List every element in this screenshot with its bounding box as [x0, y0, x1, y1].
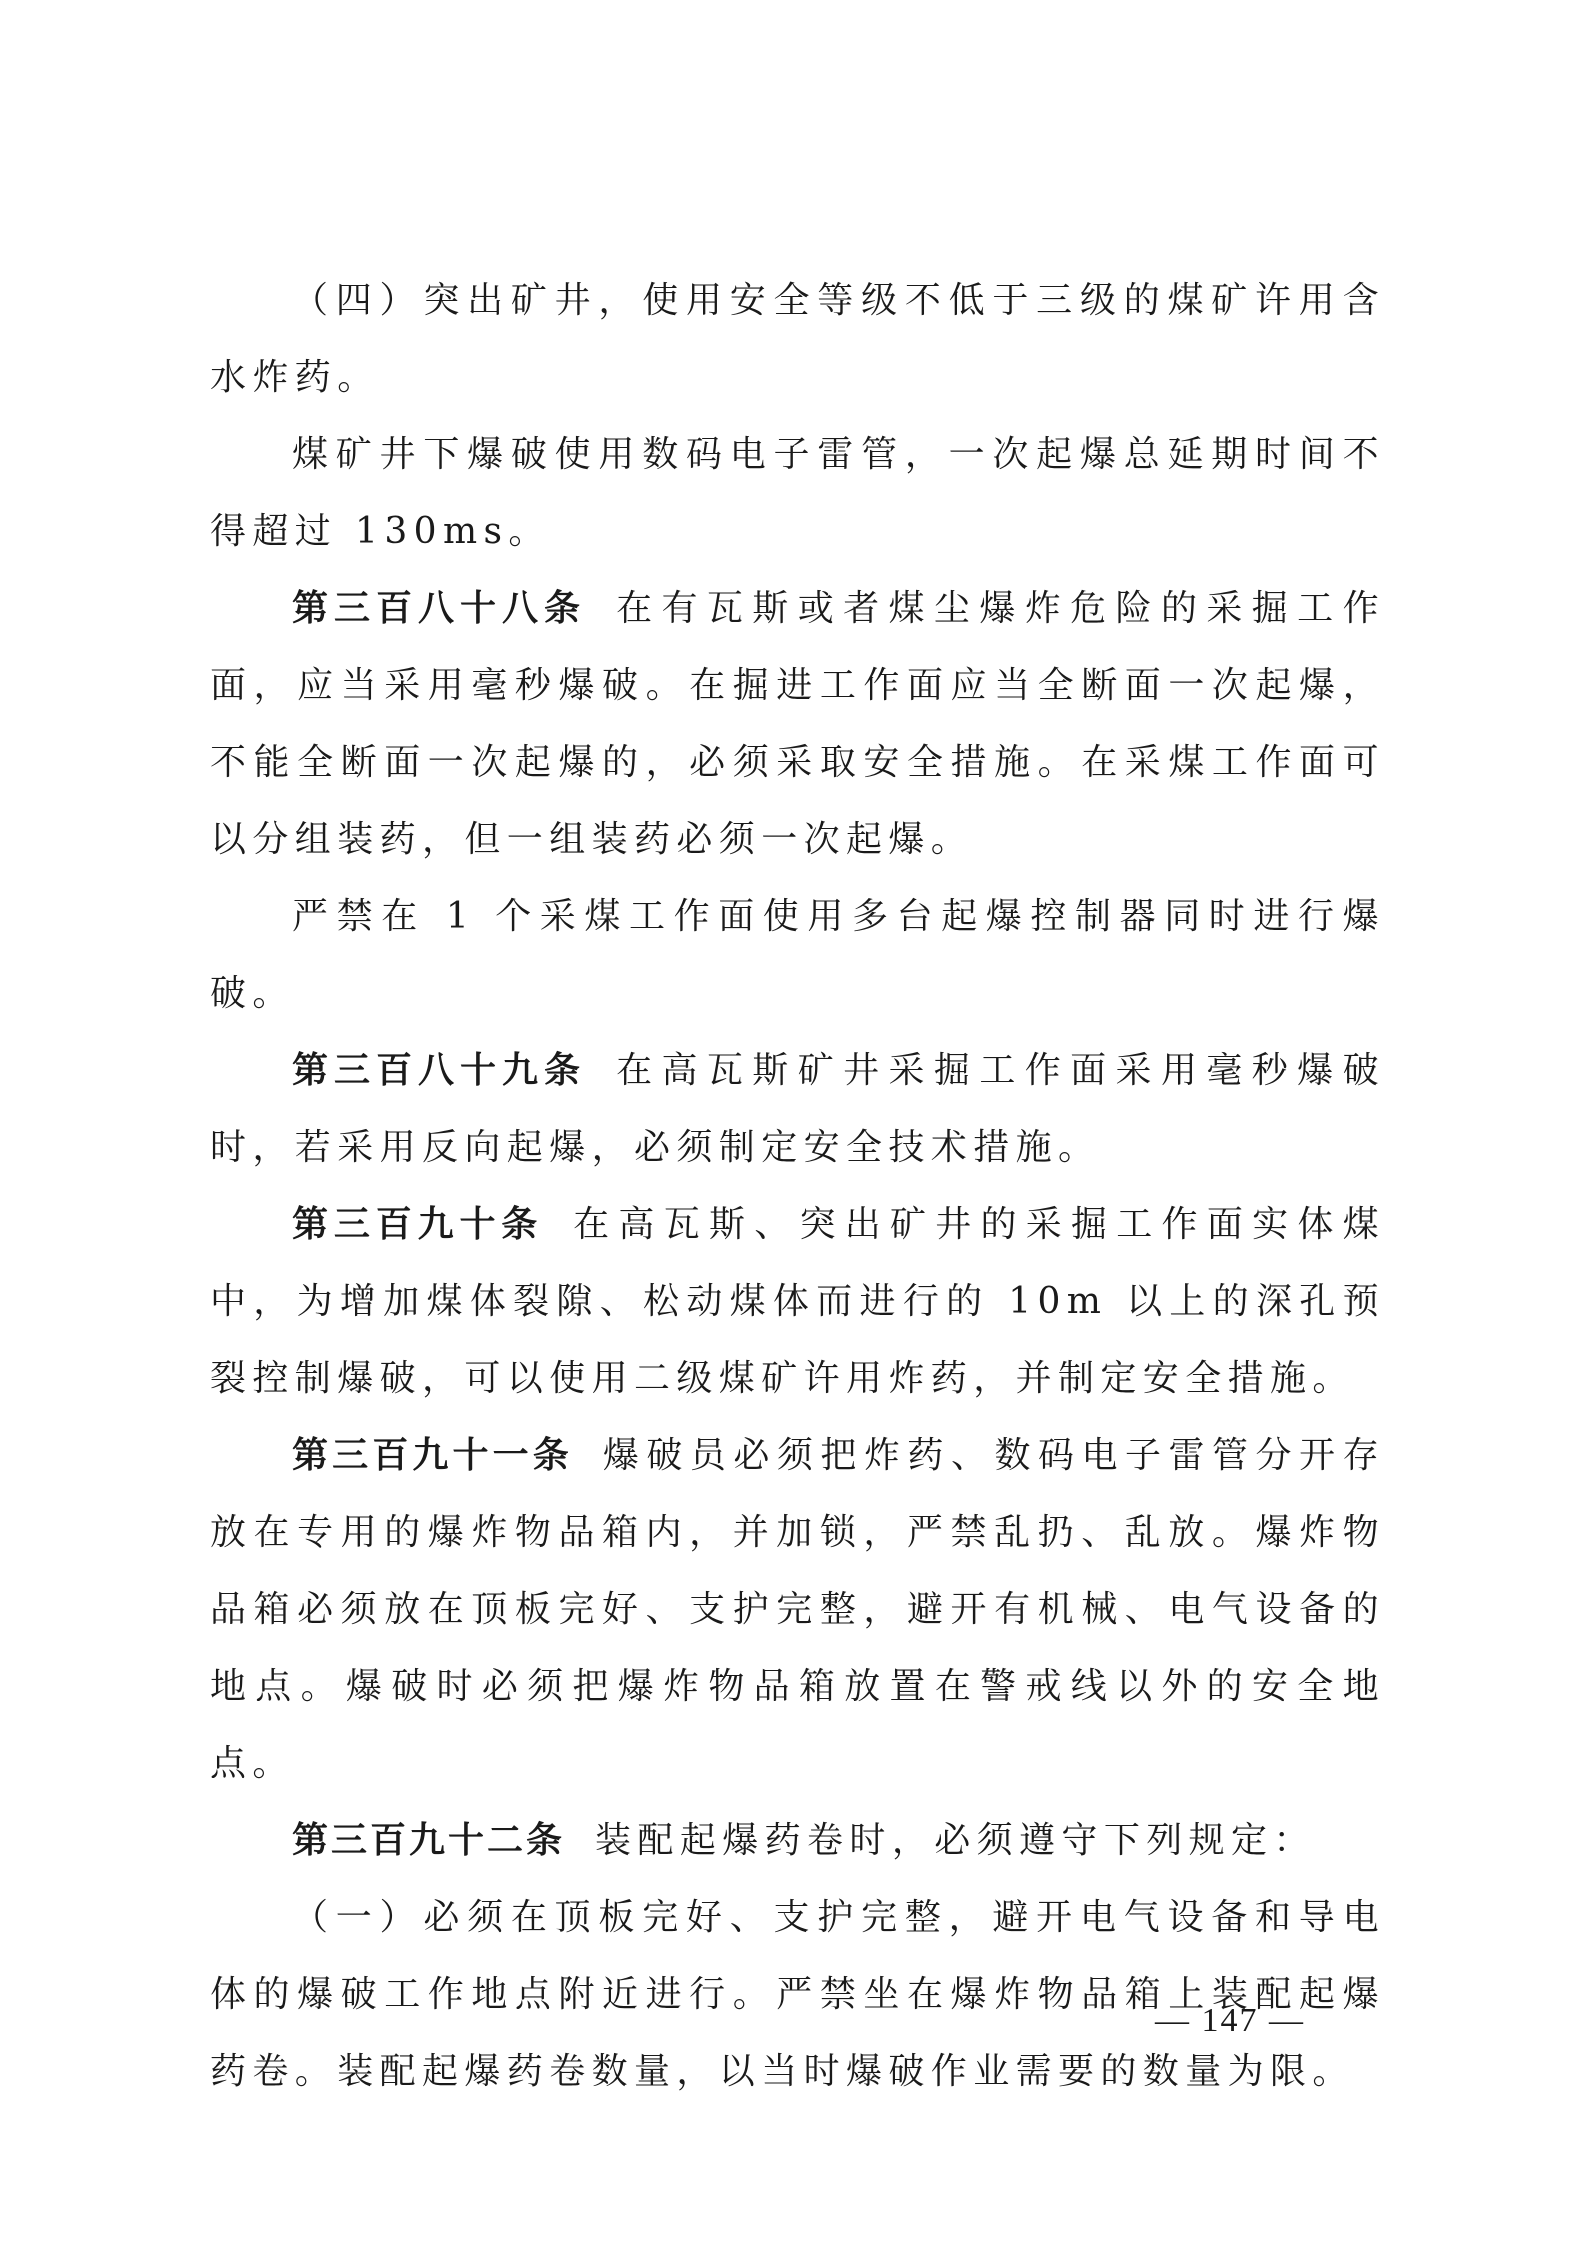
article-390: 第三百九十条在高瓦斯、突出矿井的采掘工作面实体煤中，为增加煤体裂隙、松动煤体而进… — [210, 1186, 1385, 1417]
article-389: 第三百八十九条在高瓦斯矿井采掘工作面采用毫秒爆破时，若采用反向起爆，必须制定安全… — [210, 1032, 1385, 1186]
paragraph-item-1: （一）必须在顶板完好、支护完整，避开电气设备和导电体的爆破工作地点附近进行。严禁… — [210, 1879, 1385, 2110]
article-391: 第三百九十一条爆破员必须把炸药、数码电子雷管分开存放在专用的爆炸物品箱内，并加锁… — [210, 1417, 1385, 1802]
article-title: 第三百九十二条 — [292, 1820, 565, 1861]
article-title: 第三百九十条 — [292, 1204, 543, 1245]
article-388: 第三百八十八条在有瓦斯或者煤尘爆炸危险的采掘工作面，应当采用毫秒爆破。在掘进工作… — [210, 570, 1385, 878]
paragraph-prohibition: 严禁在 1 个采煤工作面使用多台起爆控制器同时进行爆破。 — [210, 878, 1385, 1032]
article-title: 第三百八十九条 — [292, 1050, 586, 1091]
article-title: 第三百九十一条 — [292, 1435, 573, 1476]
page-number: — 147 — — [1155, 2002, 1305, 2040]
paragraph-item-4: （四）突出矿井，使用安全等级不低于三级的煤矿许用含水炸药。 — [210, 262, 1385, 416]
paragraph-text: 爆破员必须把炸药、数码电子雷管分开存放在专用的爆炸物品箱内，并加锁，严禁乱扔、乱… — [210, 1435, 1385, 1784]
document-body: （四）突出矿井，使用安全等级不低于三级的煤矿许用含水炸药。 煤矿井下爆破使用数码… — [210, 262, 1385, 2110]
article-392: 第三百九十二条装配起爆药卷时，必须遵守下列规定： — [210, 1802, 1385, 1879]
paragraph-text: 装配起爆药卷时，必须遵守下列规定： — [595, 1820, 1316, 1861]
paragraph-delay-time: 煤矿井下爆破使用数码电子雷管，一次起爆总延期时间不得超过 130ms。 — [210, 416, 1385, 570]
article-title: 第三百八十八条 — [292, 588, 586, 629]
paragraph-text: 严禁在 1 个采煤工作面使用多台起爆控制器同时进行爆破。 — [210, 896, 1385, 1014]
paragraph-text: 煤矿井下爆破使用数码电子雷管，一次起爆总延期时间不得超过 130ms。 — [210, 434, 1385, 552]
paragraph-text: （一）必须在顶板完好、支护完整，避开电气设备和导电体的爆破工作地点附近进行。严禁… — [210, 1897, 1385, 2092]
paragraph-text: （四）突出矿井，使用安全等级不低于三级的煤矿许用含水炸药。 — [210, 280, 1385, 398]
